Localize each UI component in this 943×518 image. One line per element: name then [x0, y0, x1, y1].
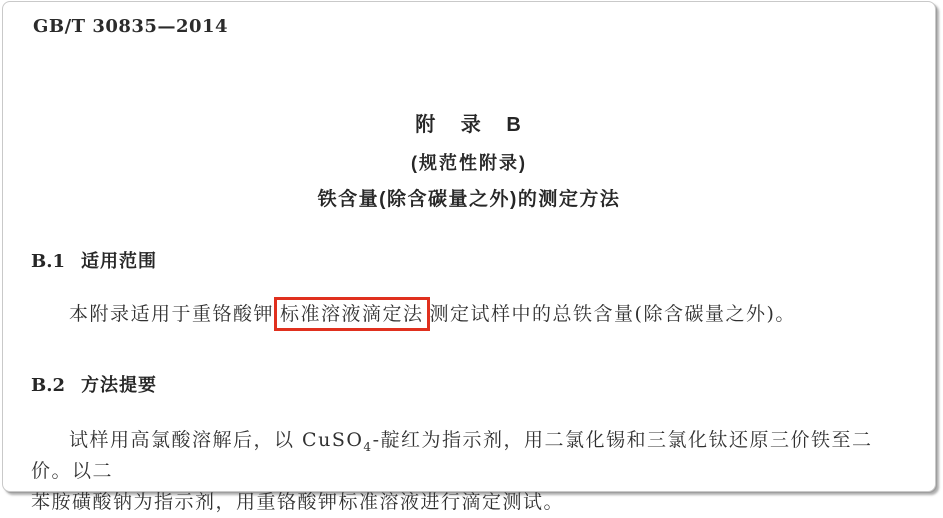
appendix-title: 附 录 B [3, 108, 935, 137]
document-page: GB/T 30835—2014 附 录 B (规范性附录) 铁含量(除含碳量之外… [2, 1, 936, 492]
paragraph-b2-line1: 试样用高氯酸溶解后，以 CuSO4-靛红为指示剂，用二氯化锡和三氯化钛还原三价铁… [31, 425, 913, 487]
highlighted-text: 标准溶液滴定法 [280, 303, 424, 325]
paragraph-b1-after-highlight: 测定试样中的总铁含量(除含碳量之外)。 [430, 303, 796, 325]
appendix-title-block: 附 录 B (规范性附录) 铁含量(除含碳量之外)的测定方法 [3, 108, 935, 211]
paragraph-b1: 本附录适用于重铬酸钾标准溶液滴定法测定试样中的总铁含量(除含碳量之外)。 [31, 299, 913, 330]
section-heading-b1: B.1适用范围 [31, 247, 157, 273]
paragraph-b2-text-before-subscript: 试样用高氯酸溶解后，以 CuSO [69, 429, 363, 451]
section-title-b2: 方法提要 [81, 375, 157, 395]
standard-code: GB/T 30835—2014 [33, 16, 228, 37]
section-number-b1: B.1 [31, 251, 65, 272]
appendix-heading: 铁含量(除含碳量之外)的测定方法 [3, 184, 935, 211]
red-highlight-box: 标准溶液滴定法 [274, 297, 430, 331]
cuso4-subscript: 4 [363, 440, 372, 454]
section-title-b1: 适用范围 [81, 251, 157, 271]
section-heading-b2: B.2方法提要 [31, 371, 157, 397]
appendix-subtitle: (规范性附录) [3, 149, 935, 175]
paragraph-b2-line2: 苯胺磺酸钠为指示剂，用重铬酸钾标准溶液进行滴定测试。 [31, 487, 913, 502]
paragraph-b1-before-highlight: 本附录适用于重铬酸钾 [69, 303, 274, 325]
paragraph-b2: 试样用高氯酸溶解后，以 CuSO4-靛红为指示剂，用二氯化锡和三氯化钛还原三价铁… [31, 425, 913, 502]
section-number-b2: B.2 [31, 375, 65, 396]
